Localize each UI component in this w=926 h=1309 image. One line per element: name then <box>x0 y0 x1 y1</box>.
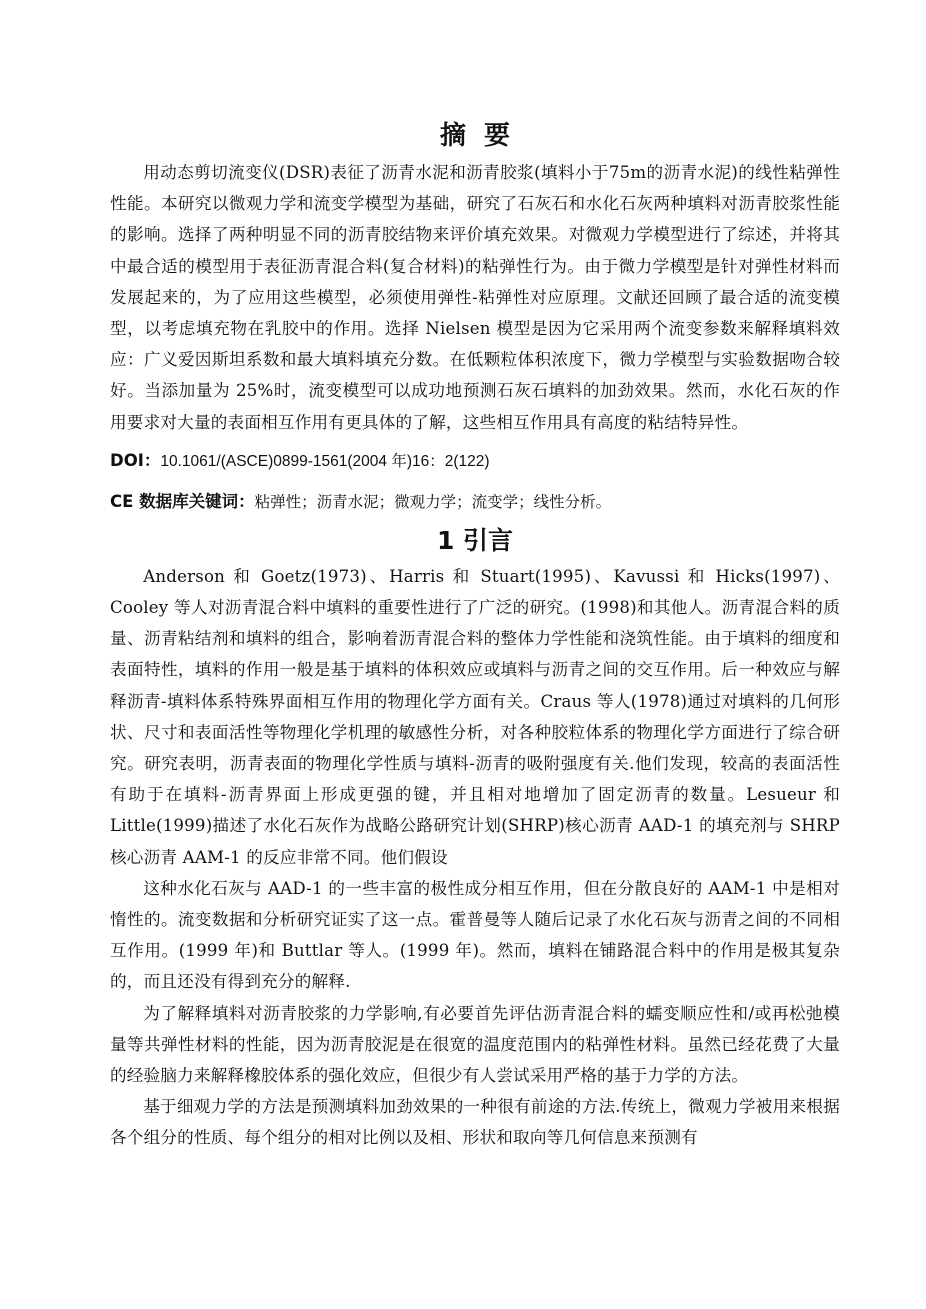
keywords-label: CE 数据库关键词： <box>110 492 255 511</box>
doi-value: 10.1061/(ASCE)0899-1561(2004 年)16：2(122) <box>160 453 489 470</box>
abstract-paragraph: 用动态剪切流变仪(DSR)表征了沥青水泥和沥青胶浆(填料小于75m的沥青水泥)的… <box>110 157 840 438</box>
document-page: 摘要 用动态剪切流变仪(DSR)表征了沥青水泥和沥青胶浆(填料小于75m的沥青水… <box>110 115 840 1154</box>
section-heading-introduction: 1 引言 <box>110 521 840 561</box>
intro-paragraph-4: 基于细观力学的方法是预测填料加劲效果的一种很有前途的方法.传统上，微观力学被用来… <box>110 1091 840 1153</box>
keywords-value: 粘弹性；沥青水泥；微观力学；流变学；线性分析。 <box>255 493 612 511</box>
intro-paragraph-1: Anderson 和 Goetz(1973)、Harris 和 Stuart(1… <box>110 561 840 873</box>
doi-line: DOI：10.1061/(ASCE)0899-1561(2004 年)16：2(… <box>110 448 840 475</box>
intro-paragraph-2: 这种水化石灰与 AAD-1 的一些丰富的极性成分相互作用，但在分散良好的 AAM… <box>110 873 840 998</box>
doi-label: DOI： <box>110 451 160 470</box>
keywords-line: CE 数据库关键词：粘弹性；沥青水泥；微观力学；流变学；线性分析。 <box>110 489 840 515</box>
intro-paragraph-3: 为了解释填料对沥青胶浆的力学影响,有必要首先评估沥青混合料的蠕变顺应性和/或再松… <box>110 998 840 1092</box>
abstract-heading: 摘要 <box>128 115 840 157</box>
